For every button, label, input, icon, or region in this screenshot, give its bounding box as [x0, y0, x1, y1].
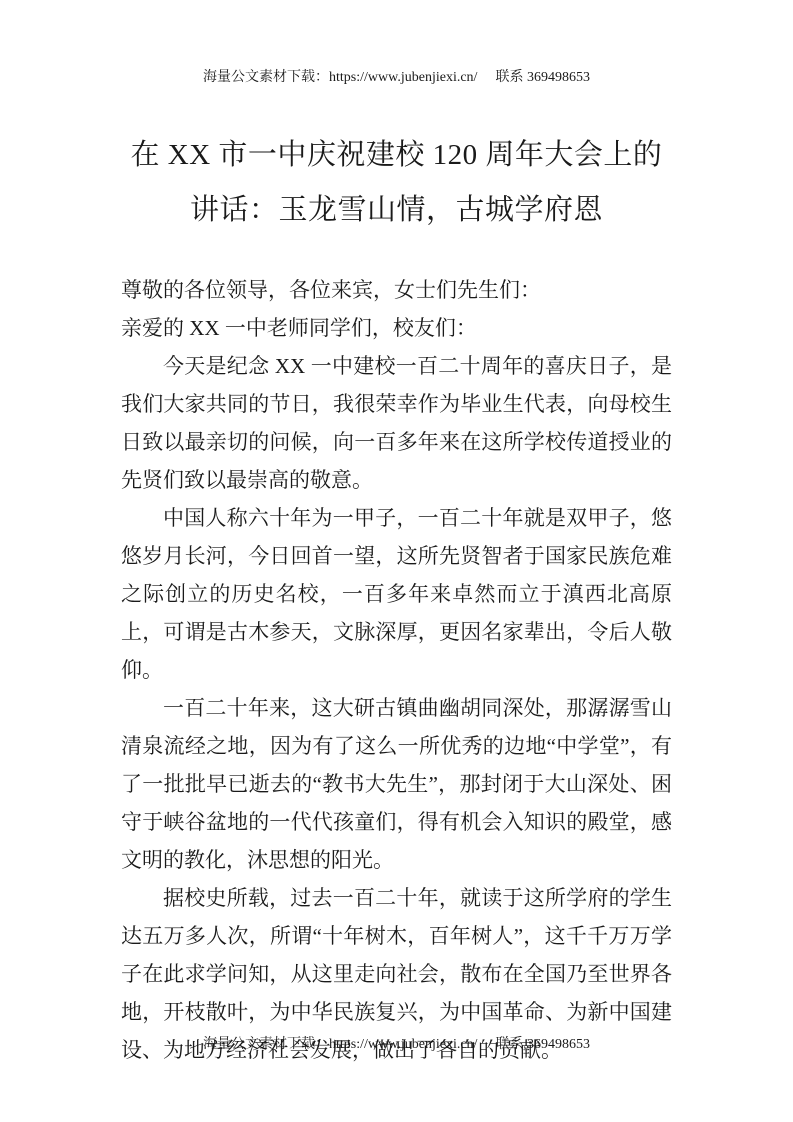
footer-url-link[interactable]: https://www.jubenjiexi.cn/: [329, 1037, 477, 1052]
body-paragraph: 今天是纪念 XX 一中建校一百二十周年的喜庆日子，是我们大家共同的节日，我很荣幸…: [121, 347, 672, 499]
footer-contact: 联系 369498653: [495, 1037, 590, 1052]
salutation-line: 尊敬的各位领导，各位来宾，女士们先生们：: [121, 271, 672, 309]
header-note: 海量公文素材下载：https://www.jubenjiexi.cn/联系 36…: [0, 69, 793, 87]
footer-note: 海量公文素材下载：https://www.jubenjiexi.cn/联系 36…: [0, 1036, 793, 1054]
footer-label: 海量公文素材下载：: [203, 1037, 329, 1052]
body-paragraph: 一百二十年来，这大研古镇曲幽胡同深处，那潺潺雪山清泉流经之地，因为有了这么一所优…: [121, 689, 672, 879]
document-title: 在 XX 市一中庆祝建校 120 周年大会上的讲话：玉龙雪山情，古城学府恩: [121, 128, 672, 238]
body-paragraph: 中国人称六十年为一甲子，一百二十年就是双甲子，悠悠岁月长河，今日回首一望，这所先…: [121, 499, 672, 689]
salutation-line: 亲爱的 XX 一中老师同学们，校友们：: [121, 309, 672, 347]
header-contact: 联系 369498653: [495, 70, 590, 85]
header-url-link[interactable]: https://www.jubenjiexi.cn/: [329, 70, 477, 85]
document-page: 海量公文素材下载：https://www.jubenjiexi.cn/联系 36…: [0, 0, 793, 1122]
document-body: 尊敬的各位领导，各位来宾，女士们先生们： 亲爱的 XX 一中老师同学们，校友们：…: [121, 271, 672, 1069]
header-label: 海量公文素材下载：: [203, 70, 329, 85]
